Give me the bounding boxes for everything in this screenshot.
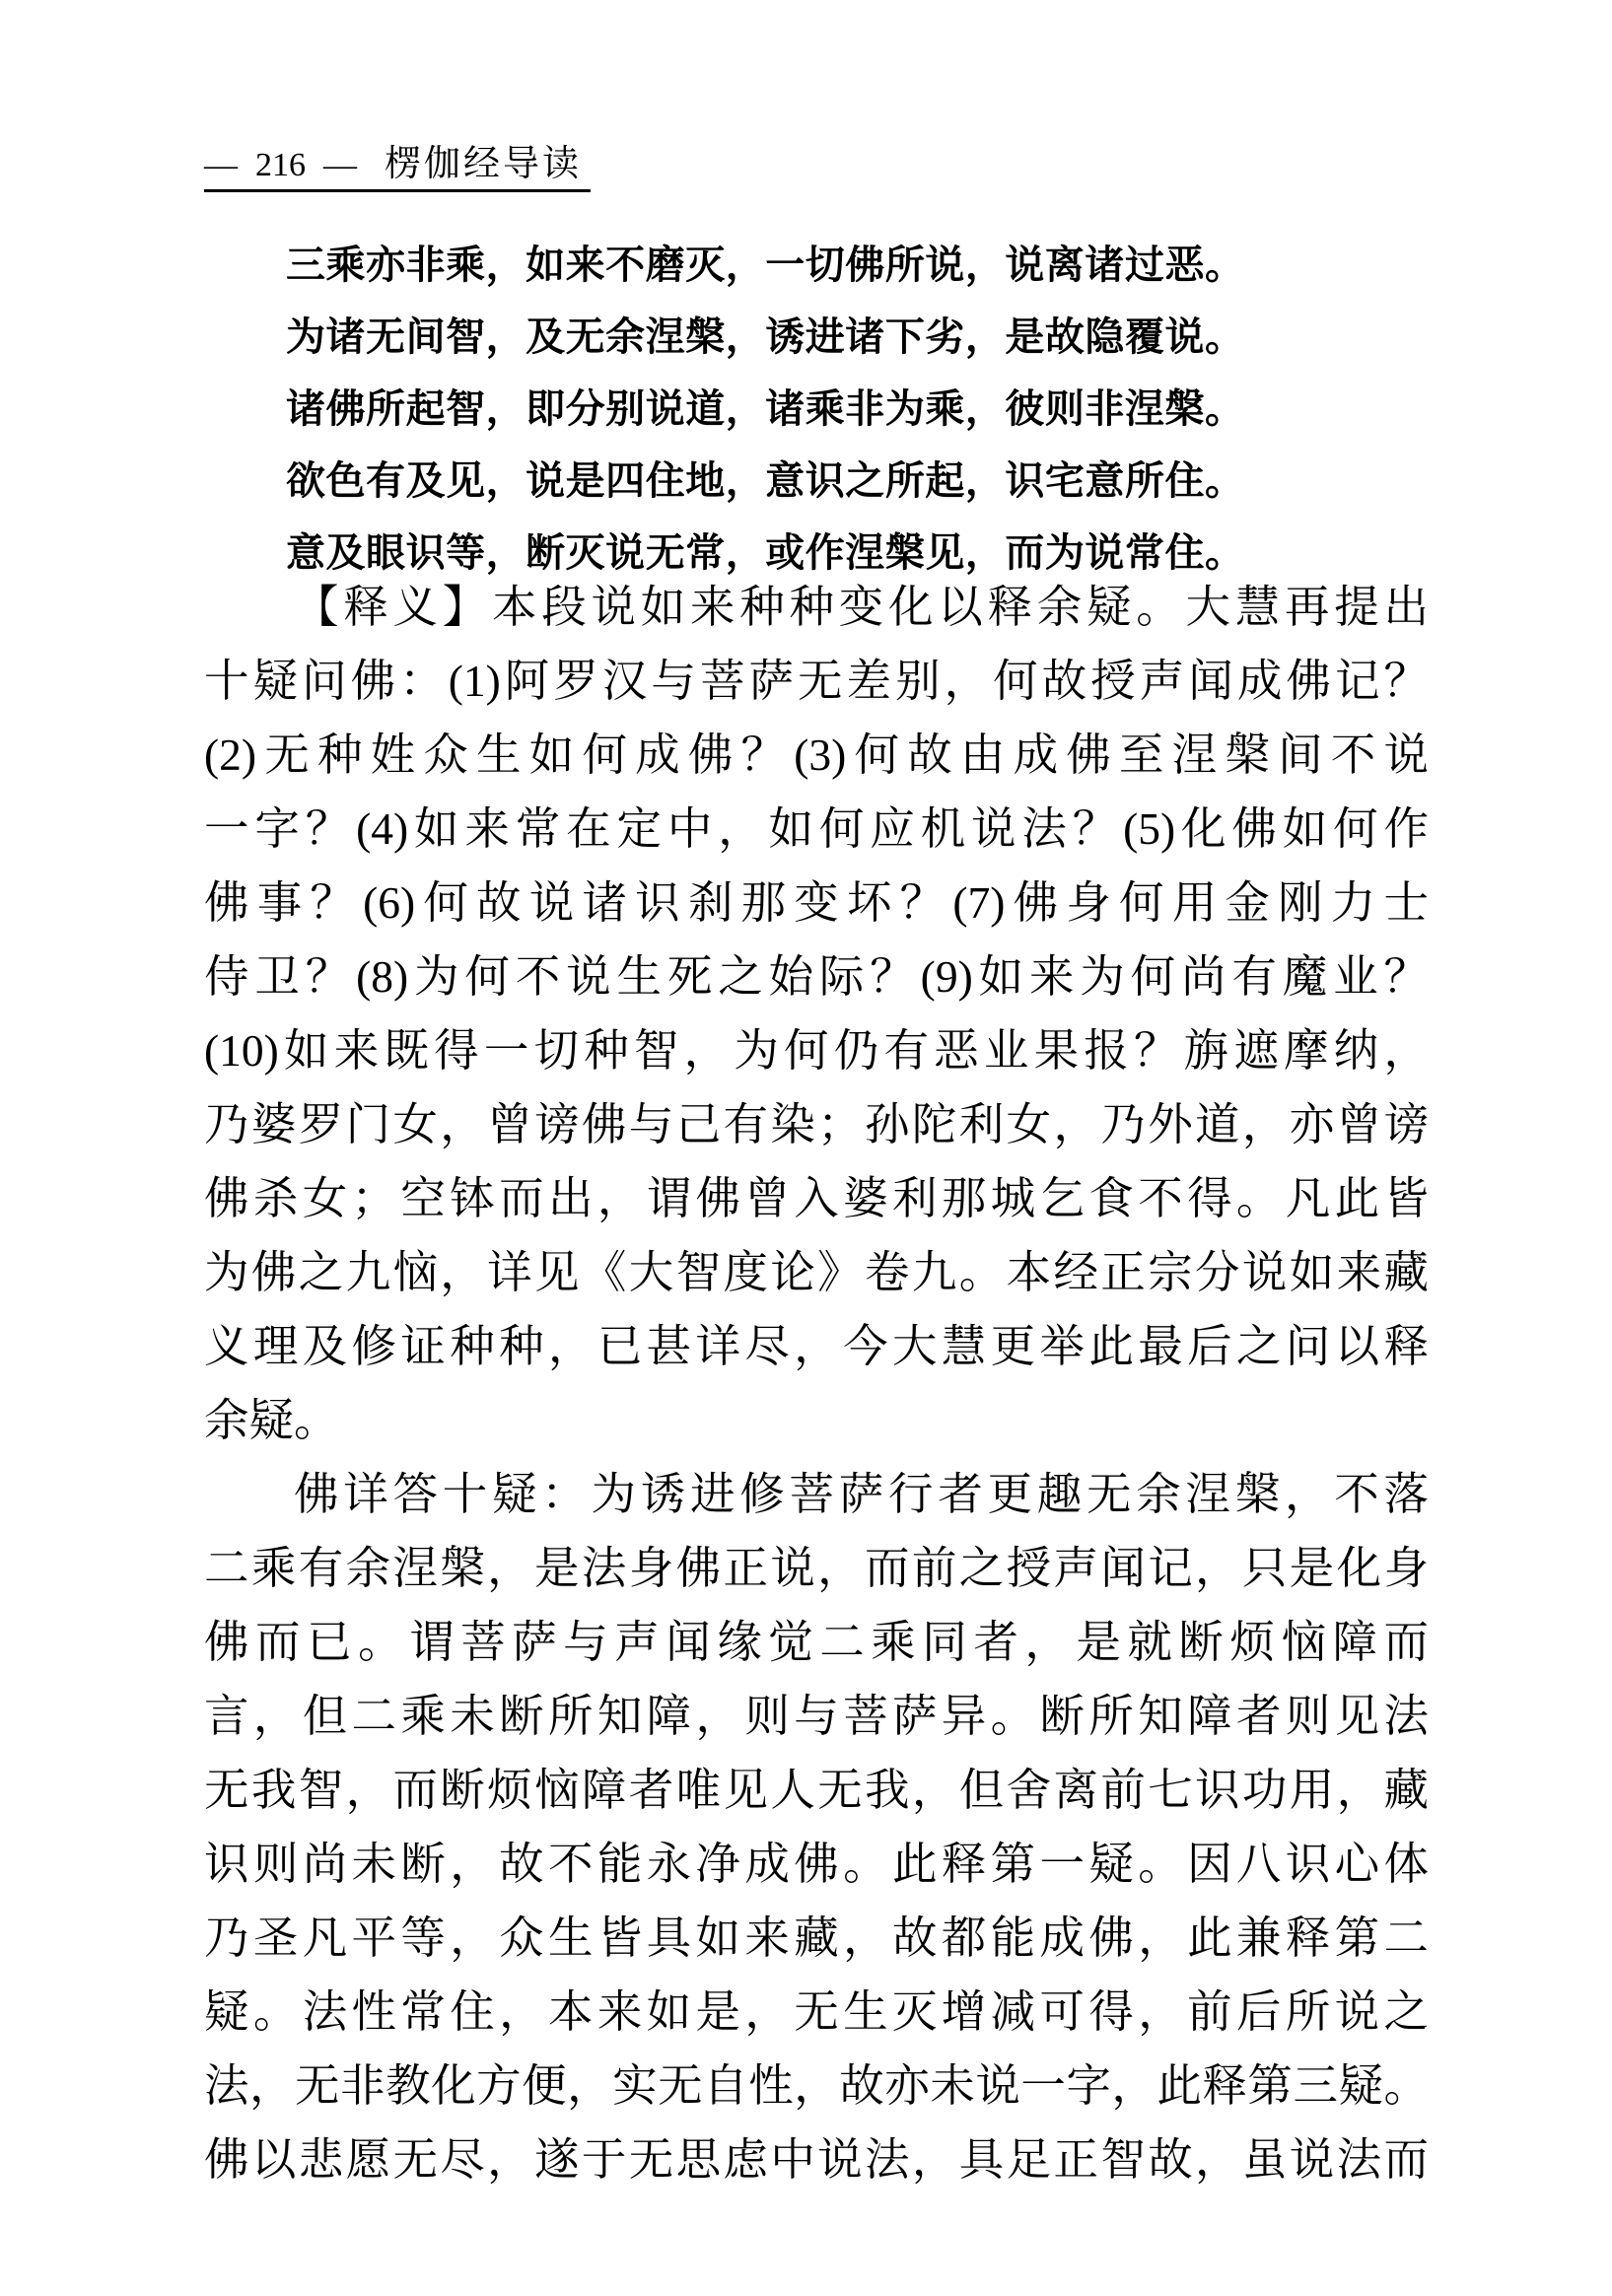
body-line: 乃婆罗门女，曾谤佛与己有染；孙陀利女，乃外道，亦曾谤 — [204, 1087, 1429, 1161]
body-line: (10)如来既得一切种智，为何仍有恶业果报？旃遮摩纳， — [204, 1013, 1429, 1087]
body-line: 佛以悲愿无尽，遂于无思虑中说法，具足正智故，虽说法而 — [204, 2122, 1429, 2196]
body-line: 十疑问佛：(1)阿罗汉与菩萨无差别，何故授声闻成佛记？ — [204, 644, 1429, 718]
body-line: 佛杀女；空钵而出，谓佛曾入婆利那城乞食不得。凡此皆 — [204, 1161, 1429, 1235]
verse-block: 三乘亦非乘，如来不磨灭，一切佛所说，说离诸过恶。为诸无间智，及无余涅槃，诱进诸下… — [286, 230, 1244, 590]
body-line: 侍卫？(8)为何不说生死之始际？(9)如来为何尚有魔业？ — [204, 939, 1429, 1013]
body-line: 【释义】本段说如来种种变化以释余疑。大慧再提出 — [204, 570, 1429, 644]
header-right-dash: — — [323, 149, 357, 182]
body-line: 佛事？(6)何故说诸识刹那变坏？(7)佛身何用金刚力士 — [204, 866, 1429, 939]
body-line: 义理及修证种种，已甚详尽，今大慧更举此最后之问以释 — [204, 1309, 1429, 1383]
body-line: 佛详答十疑：为诱进修菩萨行者更趣无余涅槃，不落 — [204, 1457, 1429, 1531]
body-line: 乃圣凡平等，众生皆具如来藏，故都能成佛，此兼释第二 — [204, 1901, 1429, 1975]
verse-line: 三乘亦非乘，如来不磨灭，一切佛所说，说离诸过恶。 — [286, 230, 1244, 302]
verse-line: 欲色有及见，说是四住地，意识之所起，识宅意所住。 — [286, 446, 1244, 518]
body-line: 法，无非教化方便，实无自性，故亦未说一字，此释第三疑。 — [204, 2049, 1429, 2122]
book-title: 楞伽经导读 — [385, 146, 582, 182]
body-line: 言，但二乘未断所知障，则与菩萨异。断所知障者则见法 — [204, 1679, 1429, 1753]
body-line: 二乘有余涅槃，是法身佛正说，而前之授声闻记，只是化身 — [204, 1531, 1429, 1605]
body-line: 识则尚未断，故不能永净成佛。此释第一疑。因八识心体 — [204, 1827, 1429, 1901]
verse-line: 为诸无间智，及无余涅槃，诱进诸下劣，是故隐覆说。 — [286, 302, 1244, 374]
page-number: 216 — [255, 149, 306, 182]
body-line: 一字？(4)如来常在定中，如何应机说法？(5)化佛如何作 — [204, 792, 1429, 866]
running-head: — 216 — 楞伽经导读 — [204, 146, 591, 192]
body-line: (2)无种姓众生如何成佛？(3)何故由成佛至涅槃间不说 — [204, 718, 1429, 792]
book-page: — 216 — 楞伽经导读 三乘亦非乘，如来不磨灭，一切佛所说，说离诸过恶。为诸… — [0, 0, 1612, 2296]
body-line: 佛而已。谓菩萨与声闻缘觉二乘同者，是就断烦恼障而 — [204, 1605, 1429, 1679]
body-line: 为佛之九恼，详见《大智度论》卷九。本经正宗分说如来藏 — [204, 1235, 1429, 1309]
commentary-body: 【释义】本段说如来种种变化以释余疑。大慧再提出十疑问佛：(1)阿罗汉与菩萨无差别… — [204, 570, 1429, 2196]
body-line: 无我智，而断烦恼障者唯见人无我，但舍离前七识功用，藏 — [204, 1753, 1429, 1827]
body-line: 余疑。 — [204, 1383, 1429, 1457]
header-left-dash: — — [204, 149, 238, 182]
verse-line: 诸佛所起智，即分别说道，诸乘非为乘，彼则非涅槃。 — [286, 374, 1244, 446]
body-line: 疑。法性常住，本来如是，无生灭增减可得，前后所说之 — [204, 1975, 1429, 2049]
